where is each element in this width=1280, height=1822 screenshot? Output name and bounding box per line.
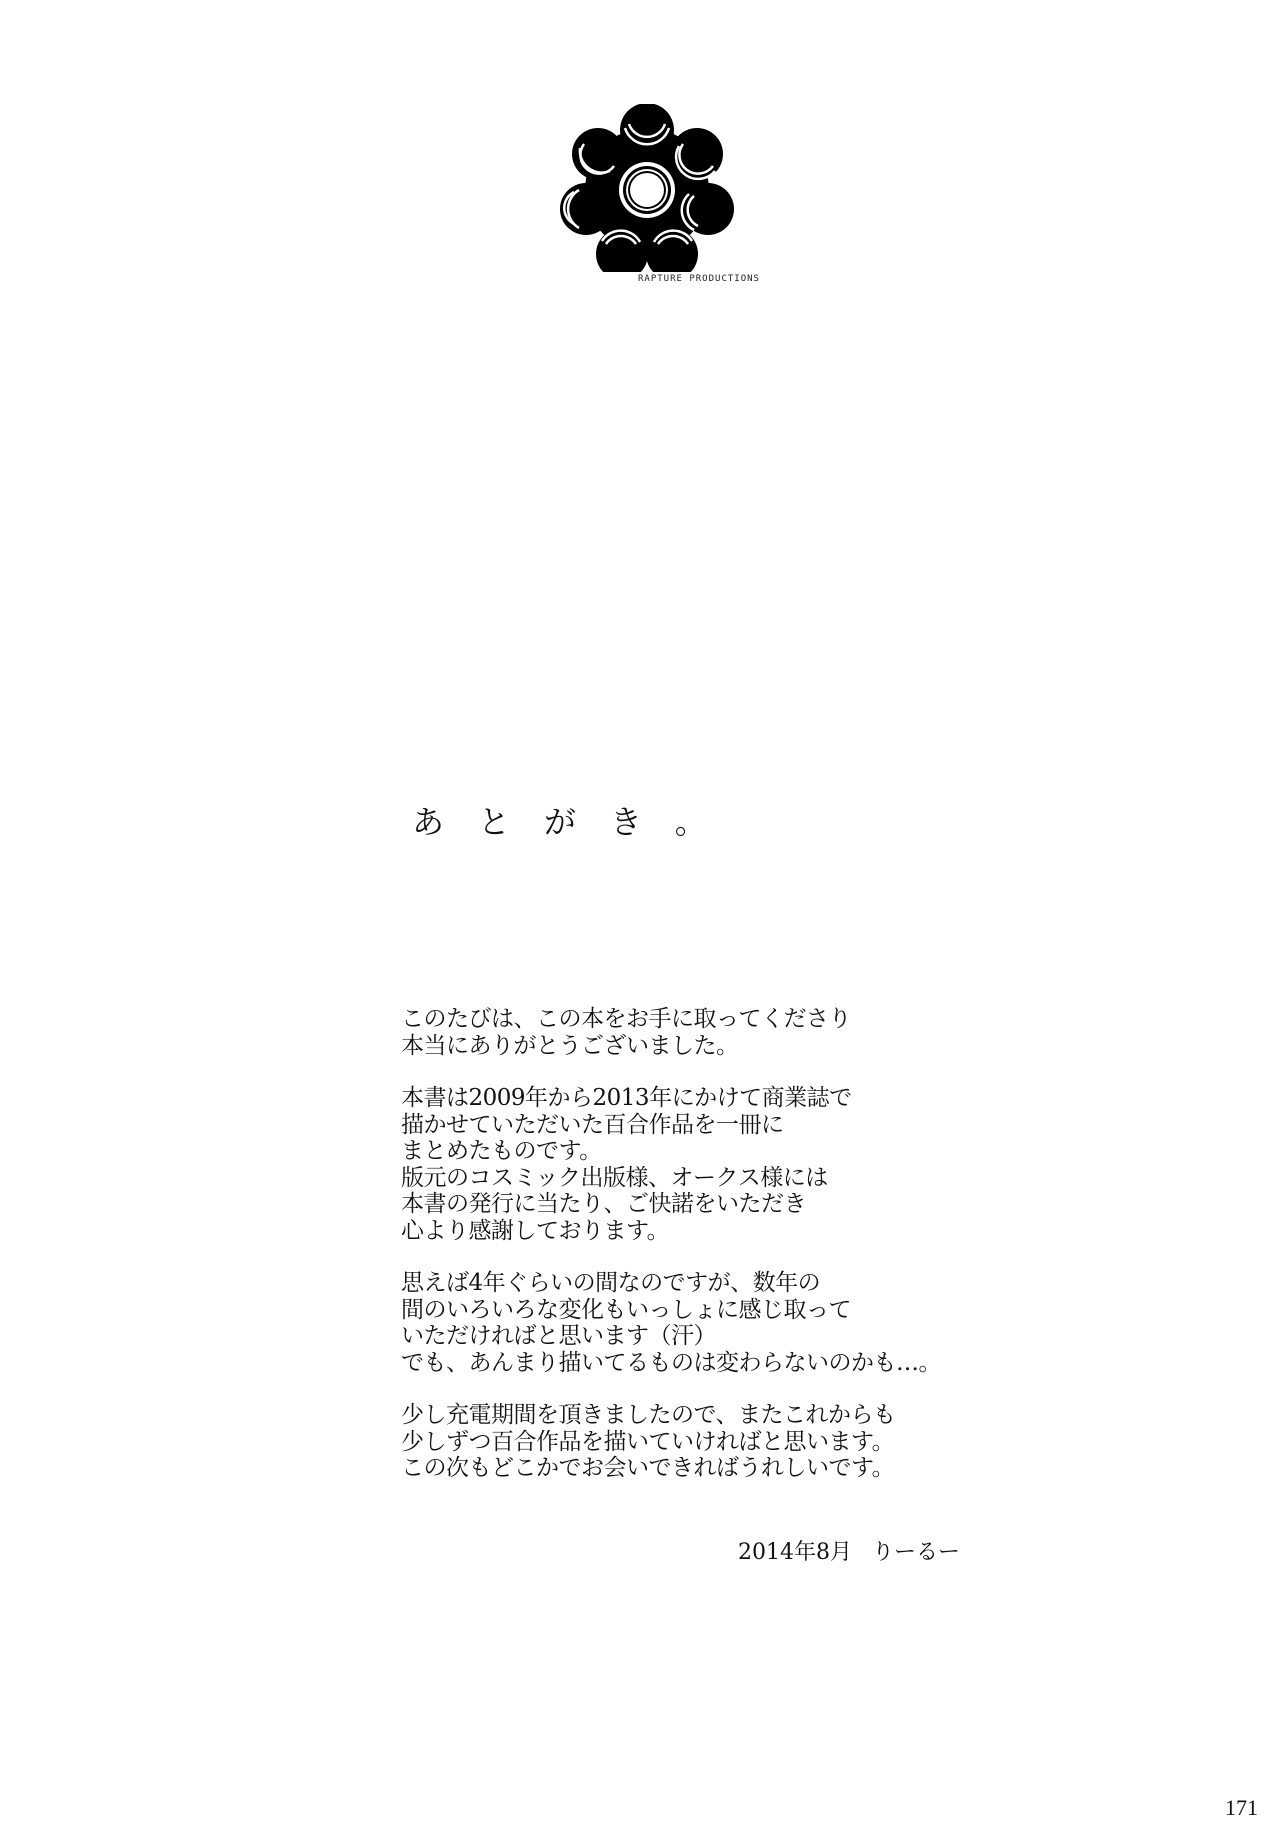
- text-line: 間のいろいろな変化もいっしょに感じ取って: [401, 1297, 1021, 1324]
- text-line: いただければと思います（汗）: [401, 1323, 1021, 1350]
- text-line: 思えば4年ぐらいの間なのですが、数年の: [401, 1270, 1021, 1297]
- text-line: 版元のコスミック出版様、オークス様には: [401, 1165, 1021, 1192]
- logo-caption: RAPTURE PRODUCTIONS: [638, 274, 760, 284]
- page-title: あとがき。: [412, 802, 741, 842]
- page-number: 171: [1225, 1795, 1258, 1821]
- text-line: でも、あんまり描いてるものは変わらないのかも…。: [401, 1350, 1021, 1377]
- paragraph-thanks: このたびは、この本をお手に取ってくださり 本当にありがとうございました。: [401, 1006, 1021, 1059]
- text-line: このたびは、この本をお手に取ってくださり: [401, 1006, 1021, 1033]
- text-line: 少しずつ百合作品を描いていければと思います。: [401, 1429, 1021, 1456]
- rapture-productions-logo: RAPTURE PRODUCTIONS: [552, 104, 742, 282]
- text-line: 本当にありがとうございました。: [401, 1033, 1021, 1060]
- text-line: この次もどこかでお会いできればうれしいです。: [401, 1455, 1021, 1482]
- text-line: 描かせていただいた百合作品を一冊に: [401, 1112, 1021, 1139]
- text-line: 心より感謝しております。: [401, 1218, 1021, 1245]
- signature-author: りーるー: [872, 1540, 960, 1565]
- paragraph-reflection: 思えば4年ぐらいの間なのですが、数年の 間のいろいろな変化もいっしょに感じ取って…: [401, 1270, 1021, 1376]
- text-line: 本書は2009年から2013年にかけて商業誌で: [401, 1085, 1021, 1112]
- paragraph-about-book: 本書は2009年から2013年にかけて商業誌で 描かせていただいた百合作品を一冊…: [401, 1085, 1021, 1244]
- paragraph-closing: 少し充電期間を頂きましたので、またこれからも 少しずつ百合作品を描いていければと…: [401, 1402, 1021, 1482]
- text-line: 少し充電期間を頂きましたので、またこれからも: [401, 1402, 1021, 1429]
- signature: 2014年8月りーるー: [738, 1540, 960, 1566]
- signature-date: 2014年8月: [738, 1540, 852, 1565]
- seven-ring-flower-logo-icon: [558, 104, 736, 272]
- text-line: まとめたものです。: [401, 1138, 1021, 1165]
- text-line: 本書の発行に当たり、ご快諾をいただき: [401, 1191, 1021, 1218]
- afterword-body: このたびは、この本をお手に取ってくださり 本当にありがとうございました。 本書は…: [401, 1006, 1021, 1508]
